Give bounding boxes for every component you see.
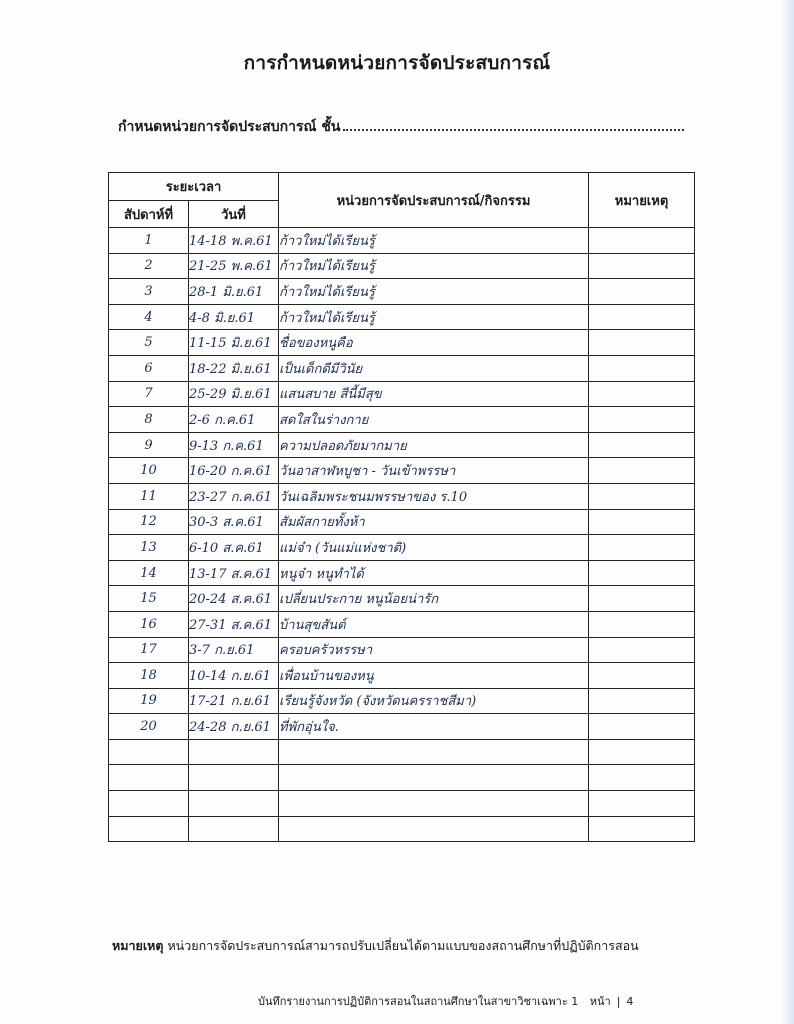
remark-cell [589,228,695,254]
table-row: 1520-24 ส.ค.61เปลี่ยนประกาย หนูน้อยน่ารั… [109,586,695,612]
remark-cell [589,816,695,842]
table-row [109,739,695,765]
header-unit: หน่วยการจัดประสบการณ์/กิจกรรม [279,173,589,228]
experience-unit-table: ระยะเวลา หน่วยการจัดประสบการณ์/กิจกรรม ห… [108,172,695,842]
remark-note: หมายเหตุ หน่วยการจัดประสบการณ์สามารถปรับ… [112,936,712,956]
week-cell [109,765,189,791]
unit-cell: สัมผัสกายทั้งห้า [279,509,589,535]
week-cell: 5 [109,330,189,356]
table-row: 114-18 พ.ค.61ก้าวใหม่ได้เรียนรู้ [109,228,695,254]
week-cell: 9 [109,432,189,458]
date-cell: 21-25 พ.ค.61 [189,253,279,279]
remark-cell [589,407,695,433]
unit-cell: ก้าวใหม่ได้เรียนรู้ [279,304,589,330]
unit-cell: เพื่อนบ้านของหนู [279,663,589,689]
unit-cell [279,816,589,842]
date-cell [189,816,279,842]
footer-page-number: 4 [626,995,633,1008]
class-level-line: กำหนดหน่วยการจัดประสบการณ์ ชั้น [118,116,684,138]
week-cell: 10 [109,458,189,484]
remark-cell [589,560,695,586]
week-cell [109,739,189,765]
date-cell: 30-3 ส.ค.61 [189,509,279,535]
week-cell: 16 [109,611,189,637]
date-cell: 10-14 ก.ย.61 [189,663,279,689]
table-row: 44-8 มิ.ย.61ก้าวใหม่ได้เรียนรู้ [109,304,695,330]
date-cell: 17-21 ก.ย.61 [189,688,279,714]
table-row: 1627-31 ส.ค.61บ้านสุขสันต์ [109,611,695,637]
week-cell: 1 [109,228,189,254]
date-cell: 24-28 ก.ย.61 [189,714,279,740]
remark-cell [589,765,695,791]
table-row: 99-13 ก.ค.61ความปลอดภัยมากมาย [109,432,695,458]
unit-cell: ก้าวใหม่ได้เรียนรู้ [279,228,589,254]
date-cell: 4-8 มิ.ย.61 [189,304,279,330]
table-row: 1123-27 ก.ค.61วันเฉลิมพระชนมพรรษาของ ร.1… [109,483,695,509]
remark-cell [589,663,695,689]
date-cell: 18-22 มิ.ย.61 [189,355,279,381]
footer-page-label: หน้า [590,995,611,1008]
table-row: 1810-14 ก.ย.61เพื่อนบ้านของหนู [109,663,695,689]
remark-cell [589,509,695,535]
date-cell: 28-1 มิ.ย.61 [189,279,279,305]
week-cell: 19 [109,688,189,714]
table-row: 1016-20 ก.ค.61วันอาสาฬหบูชา - วันเข้าพรร… [109,458,695,484]
week-cell: 6 [109,355,189,381]
remark-cell [589,330,695,356]
unit-cell: เป็นเด็กดีมีวินัย [279,355,589,381]
week-cell: 7 [109,381,189,407]
date-cell: 20-24 ส.ค.61 [189,586,279,612]
table-row [109,816,695,842]
unit-cell [279,791,589,817]
week-cell: 20 [109,714,189,740]
footer-separator: | [617,995,621,1008]
unit-cell: สดใสในร่างกาย [279,407,589,433]
table-row [109,765,695,791]
table-row: 221-25 พ.ค.61ก้าวใหม่ได้เรียนรู้ [109,253,695,279]
unit-cell [279,739,589,765]
unit-cell: ครอบครัวหรรษา [279,637,589,663]
table-row: 1917-21 ก.ย.61เรียนรู้จังหวัด (จังหวัดนค… [109,688,695,714]
remark-cell [589,535,695,561]
table-row [109,791,695,817]
unit-cell: ก้าวใหม่ได้เรียนรู้ [279,279,589,305]
unit-cell: แม่จ๋า (วันแม่แห่งชาติ) [279,535,589,561]
date-cell [189,791,279,817]
header-period: ระยะเวลา [109,173,279,201]
date-cell: 27-31 ส.ค.61 [189,611,279,637]
page-edge-shadow [780,0,794,1024]
date-cell: 13-17 ส.ค.61 [189,560,279,586]
unit-cell: หนูจ๋า หนูทำได้ [279,560,589,586]
week-cell: 17 [109,637,189,663]
remark-cell [589,381,695,407]
unit-cell: เปลี่ยนประกาย หนูน้อยน่ารัก [279,586,589,612]
week-cell: 18 [109,663,189,689]
date-cell: 16-20 ก.ค.61 [189,458,279,484]
week-cell: 12 [109,509,189,535]
date-cell: 14-18 พ.ค.61 [189,228,279,254]
table-body: 114-18 พ.ค.61ก้าวใหม่ได้เรียนรู้221-25 พ… [109,228,695,842]
date-cell: 3-7 ก.ย.61 [189,637,279,663]
table-row: 173-7 ก.ย.61ครอบครัวหรรษา [109,637,695,663]
remark-cell [589,279,695,305]
date-cell: 6-10 ส.ค.61 [189,535,279,561]
week-cell: 15 [109,586,189,612]
week-cell: 8 [109,407,189,433]
date-cell [189,765,279,791]
header-remark: หมายเหตุ [589,173,695,228]
date-cell: 11-15 มิ.ย.61 [189,330,279,356]
table-row: 725-29 มิ.ย.61แสนสบาย สีนี้มีสุข [109,381,695,407]
remark-note-text: หน่วยการจัดประสบการณ์สามารถปรับเปลี่ยนได… [167,938,638,953]
unit-cell: ก้าวใหม่ได้เรียนรู้ [279,253,589,279]
date-cell: 9-13 ก.ค.61 [189,432,279,458]
week-cell [109,791,189,817]
remark-cell [589,304,695,330]
date-cell [189,739,279,765]
table-row: 618-22 มิ.ย.61เป็นเด็กดีมีวินัย [109,355,695,381]
table-row: 82-6 ก.ค.61สดใสในร่างกาย [109,407,695,433]
footer-text: บันทึกรายงานการปฏิบัติการสอนในสถานศึกษาใ… [258,995,578,1008]
week-cell [109,816,189,842]
table-row: 328-1 มิ.ย.61ก้าวใหม่ได้เรียนรู้ [109,279,695,305]
remark-cell [589,714,695,740]
header-date: วันที่ [189,201,279,228]
unit-cell: วันอาสาฬหบูชา - วันเข้าพรรษา [279,458,589,484]
date-cell: 23-27 ก.ค.61 [189,483,279,509]
date-cell: 2-6 ก.ค.61 [189,407,279,433]
unit-cell: เรียนรู้จังหวัด (จังหวัดนครราชสีมา) [279,688,589,714]
week-cell: 2 [109,253,189,279]
week-cell: 13 [109,535,189,561]
unit-cell: บ้านสุขสันต์ [279,611,589,637]
table-row: 511-15 มิ.ย.61ชื่อของหนูคือ [109,330,695,356]
table-row: 1230-3 ส.ค.61สัมผัสกายทั้งห้า [109,509,695,535]
unit-cell: วันเฉลิมพระชนมพรรษาของ ร.10 [279,483,589,509]
remark-cell [589,355,695,381]
page-title: การกำหนดหน่วยการจัดประสบการณ์ [0,48,794,78]
remark-cell [589,611,695,637]
unit-cell [279,765,589,791]
remark-note-label: หมายเหตุ [112,938,163,953]
remark-cell [589,688,695,714]
page-footer: บันทึกรายงานการปฏิบัติการสอนในสถานศึกษาใ… [258,992,658,1010]
class-level-blank [343,117,684,131]
table-row: 136-10 ส.ค.61แม่จ๋า (วันแม่แห่งชาติ) [109,535,695,561]
remark-cell [589,739,695,765]
remark-cell [589,791,695,817]
remark-cell [589,637,695,663]
table-row: 1413-17 ส.ค.61หนูจ๋า หนูทำได้ [109,560,695,586]
remark-cell [589,253,695,279]
week-cell: 4 [109,304,189,330]
table-row: 2024-28 ก.ย.61ที่พักอุ่นใจ. [109,714,695,740]
remark-cell [589,483,695,509]
date-cell: 25-29 มิ.ย.61 [189,381,279,407]
remark-cell [589,458,695,484]
unit-cell: ความปลอดภัยมากมาย [279,432,589,458]
header-week: สัปดาห์ที่ [109,201,189,228]
week-cell: 3 [109,279,189,305]
unit-cell: ชื่อของหนูคือ [279,330,589,356]
week-cell: 11 [109,483,189,509]
remark-cell [589,432,695,458]
remark-cell [589,586,695,612]
unit-cell: แสนสบาย สีนี้มีสุข [279,381,589,407]
class-level-label: กำหนดหน่วยการจัดประสบการณ์ ชั้น [118,116,340,138]
unit-cell: ที่พักอุ่นใจ. [279,714,589,740]
week-cell: 14 [109,560,189,586]
